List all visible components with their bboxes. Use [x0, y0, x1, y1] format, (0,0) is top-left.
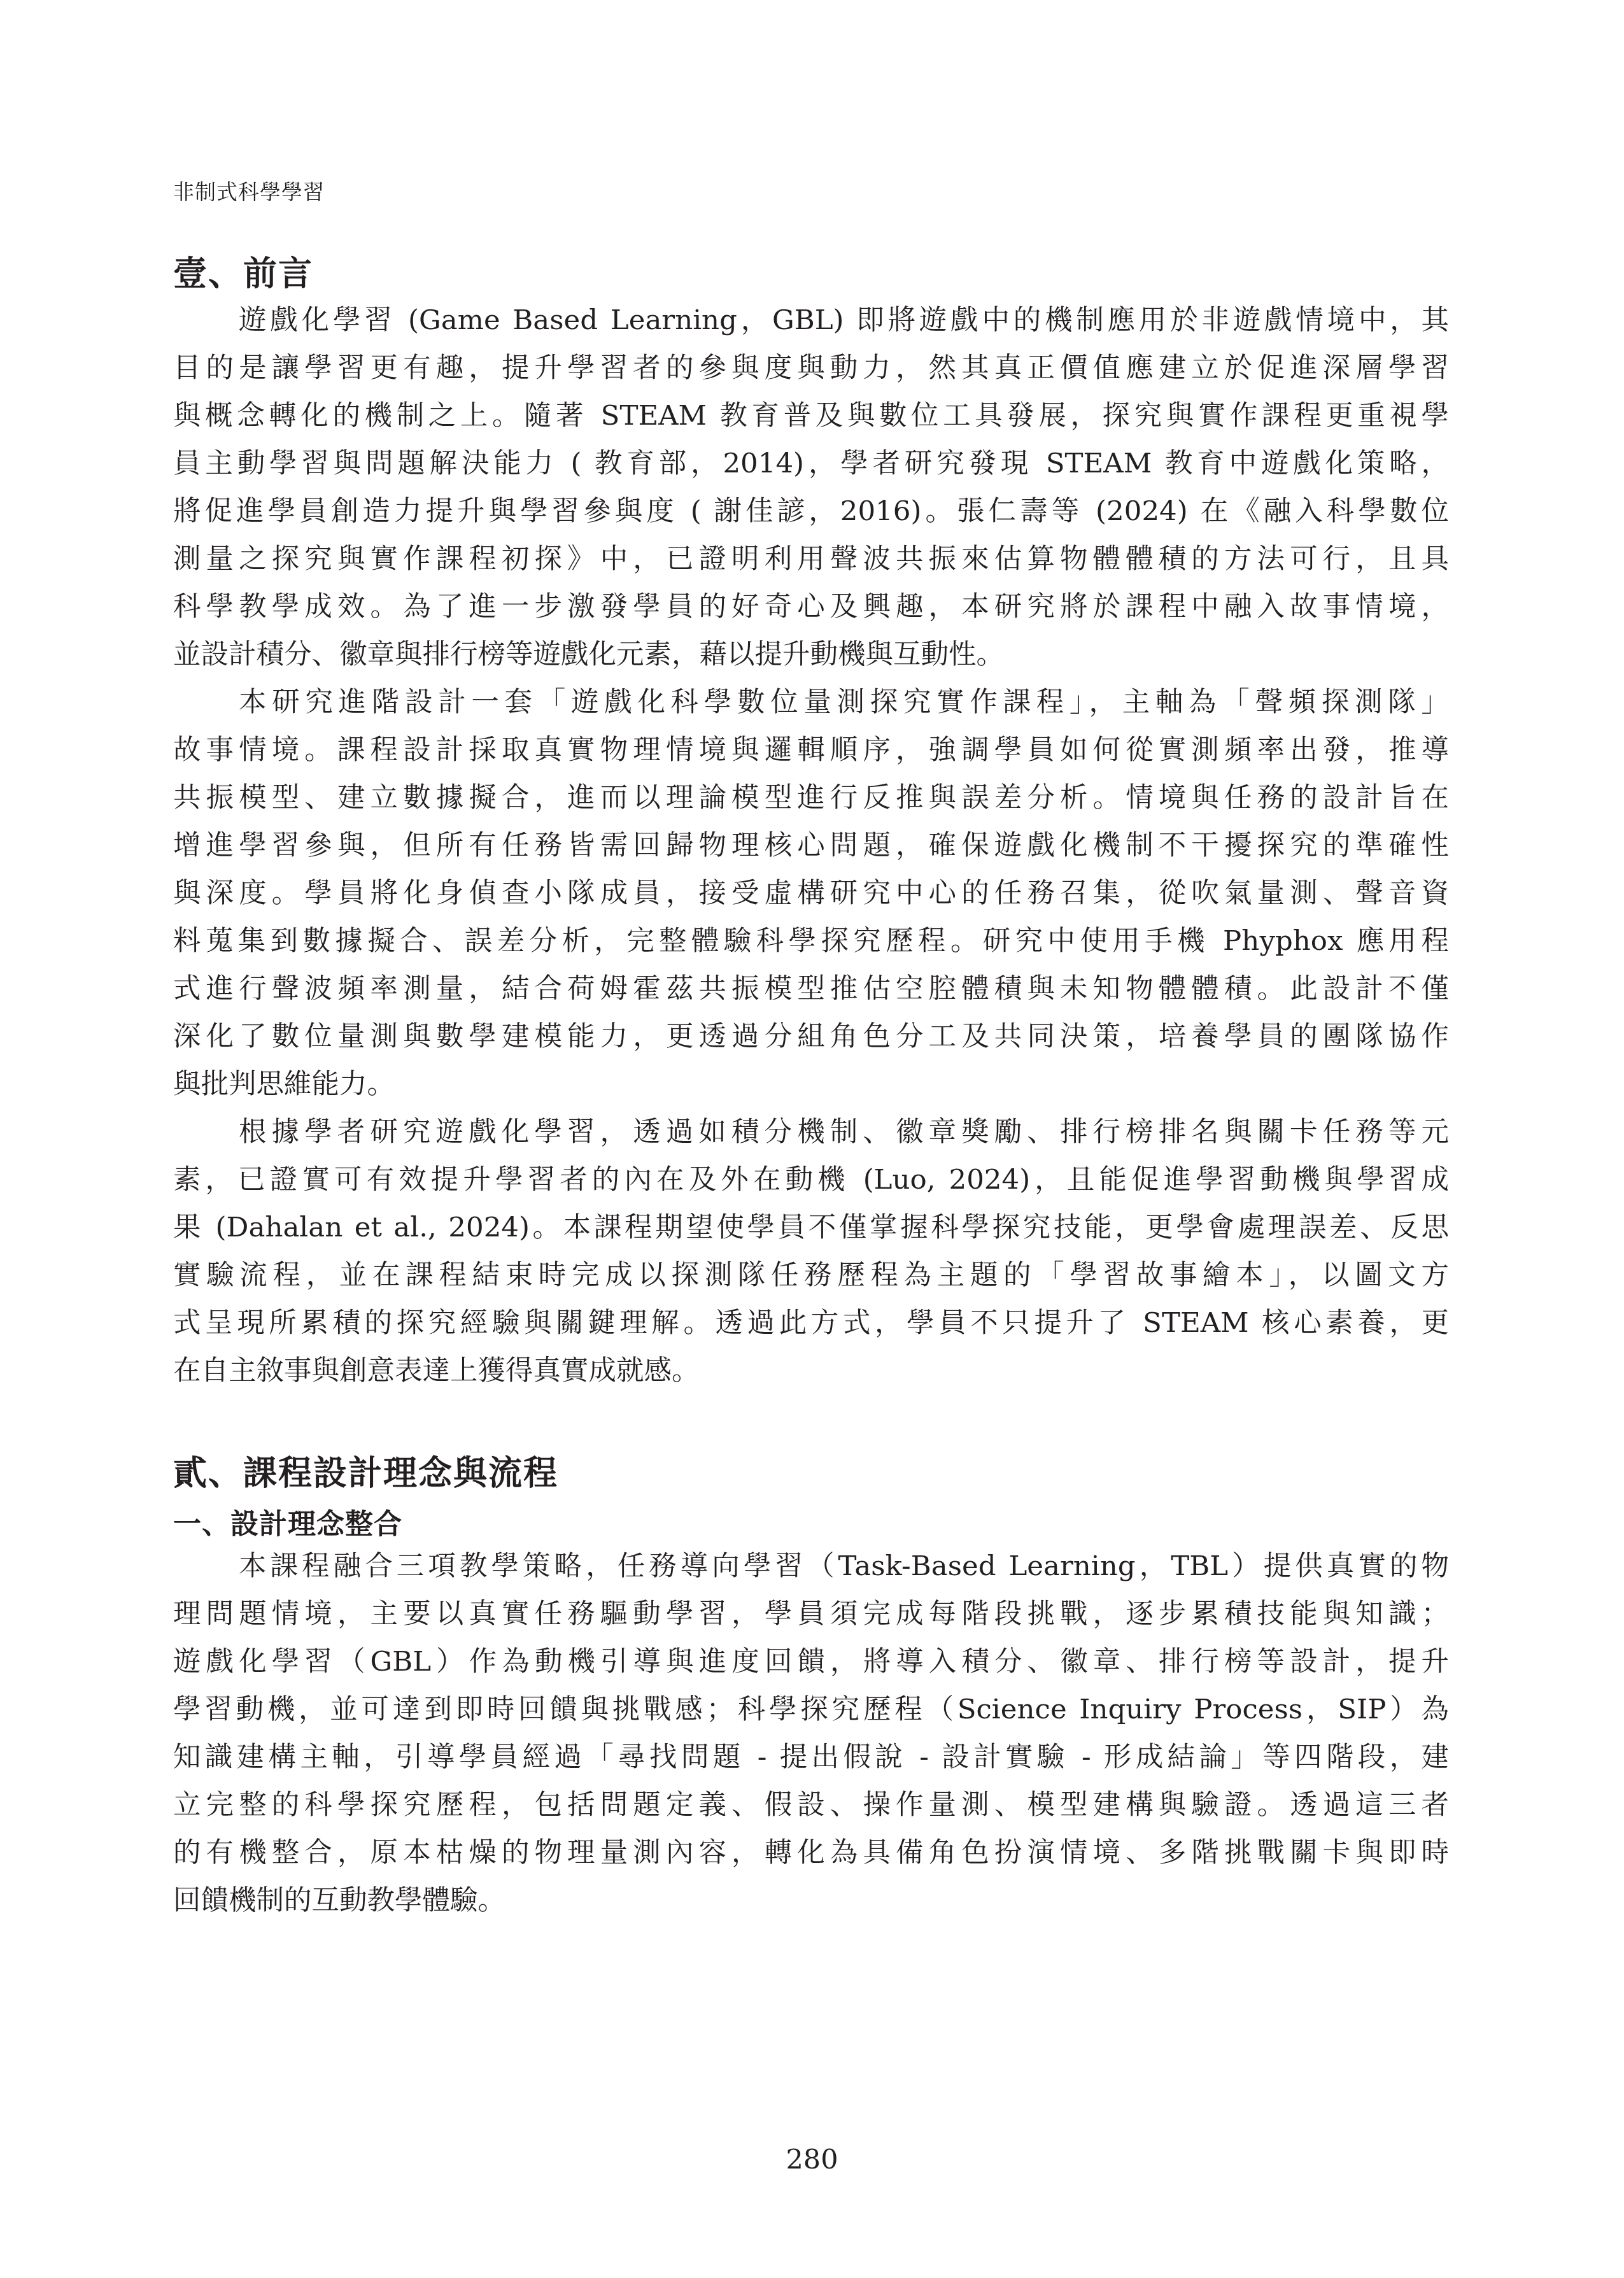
text-line: 立完整的科學探究歷程，包括問題定義、假設、操作量測、模型建構與驗證。透過這三者 — [173, 1786, 1449, 1824]
text-line: 目的是讓學習更有趣，提升學習者的參與度與動力，然其真正價值應建立於促進深層學習 — [173, 349, 1449, 387]
text-line: 員主動學習與問題解決能力 ( 教育部，2014)，學者研究發現 STEAM 教育… — [173, 444, 1449, 483]
text-line: 果 (Dahalan et al., 2024)。本課程期望使學員不僅掌握科學探… — [173, 1208, 1449, 1247]
text-line: 遊戲化學習（GBL）作為動機引導與進度回饋，將導入積分、徽章、排行榜等設計，提升 — [173, 1643, 1449, 1681]
text-line: 故事情境。課程設計採取真實物理情境與邏輯順序，強調學員如何從實測頻率出發，推導 — [173, 731, 1449, 769]
text-line: 知識建構主軸，引導學員經過「尋找問題 - 提出假說 - 設計實驗 - 形成結論」… — [173, 1738, 1449, 1776]
text-line: 本研究進階設計一套「遊戲化科學數位量測探究實作課程」，主軸為「聲頻探測隊」 — [239, 683, 1449, 721]
text-line: 本課程融合三項教學策略，任務導向學習（Task-Based Learning，T… — [239, 1547, 1449, 1585]
text-line: 深化了數位量測與數學建模能力，更透過分組角色分工及共同決策，培養學員的團隊協作 — [173, 1017, 1449, 1056]
text-line: 實驗流程，並在課程結束時完成以探測隊任務歷程為主題的「學習故事繪本」，以圖文方 — [173, 1256, 1449, 1294]
text-line: 共振模型、建立數據擬合，進而以理論模型進行反推與誤差分析。情境與任務的設計旨在 — [173, 779, 1449, 817]
text-line: 式進行聲波頻率測量，結合荷姆霍茲共振模型推估空腔體積與未知物體體積。此設計不僅 — [173, 970, 1449, 1008]
text-line: 將促進學員創造力提升與學習參與度 ( 謝佳諺，2016)。張仁壽等 (2024)… — [173, 492, 1449, 530]
text-line: 學習動機，並可達到即時回饋與挑戰感；科學探究歷程（Science Inquiry… — [173, 1690, 1449, 1729]
text-line: 式呈現所累積的探究經驗與關鍵理解。透過此方式，學員不只提升了 STEAM 核心素… — [173, 1304, 1449, 1342]
text-line: 根據學者研究遊戲化學習，透過如積分機制、徽章獎勵、排行榜排名與關卡任務等元 — [239, 1113, 1449, 1151]
text-line: 的有機整合，原本枯燥的物理量測內容，轉化為具備角色扮演情境、多階挑戰關卡與即時 — [173, 1834, 1449, 1872]
text-line: 與深度。學員將化身偵查小隊成員，接受虛構研究中心的任務召集，從吹氣量測、聲音資 — [173, 874, 1449, 912]
section-2-subheading: 一、設計理念整合 — [173, 1501, 402, 1542]
text-line: 並設計積分、徽章與排行榜等遊戲化元素，藉以提升動機與互動性。 — [173, 635, 1004, 674]
text-line: 素，已證實可有效提升學習者的內在及外在動機 (Luo, 2024)，且能促進學習… — [173, 1161, 1449, 1199]
text-line: 在自主敘事與創意表達上獲得真實成就感。 — [173, 1352, 700, 1390]
text-line: 測量之探究與實作課程初探》中，已證明利用聲波共振來估算物體體積的方法可行，且具 — [173, 540, 1449, 578]
text-line: 增進學習參與，但所有任務皆需回歸物理核心問題，確保遊戲化機制不干擾探究的準確性 — [173, 826, 1449, 865]
running-head: 非制式科學學習 — [173, 176, 325, 206]
text-line: 與批判思維能力。 — [173, 1065, 395, 1103]
text-line: 與概念轉化的機制之上。隨著 STEAM 教育普及與數位工具發展，探究與實作課程更… — [173, 397, 1449, 435]
text-line: 回饋機制的互動教學體驗。 — [173, 1881, 505, 1920]
section-1-heading: 壹、前言 — [173, 247, 313, 295]
text-line: 科學教學成效。為了進一步激發學員的好奇心及興趣，本研究將於課程中融入故事情境， — [173, 588, 1449, 626]
text-line: 遊戲化學習 (Game Based Learning，GBL) 即將遊戲中的機制… — [239, 301, 1449, 339]
section-2-heading: 貳、課程設計理念與流程 — [173, 1447, 558, 1495]
text-line: 理問題情境，主要以真實任務驅動學習，學員須完成每階段挑戰，逐步累積技能與知識； — [173, 1595, 1449, 1633]
page-number: 280 — [0, 2144, 1624, 2175]
text-line: 料蒐集到數據擬合、誤差分析，完整體驗科學探究歷程。研究中使用手機 Phyphox… — [173, 922, 1449, 960]
